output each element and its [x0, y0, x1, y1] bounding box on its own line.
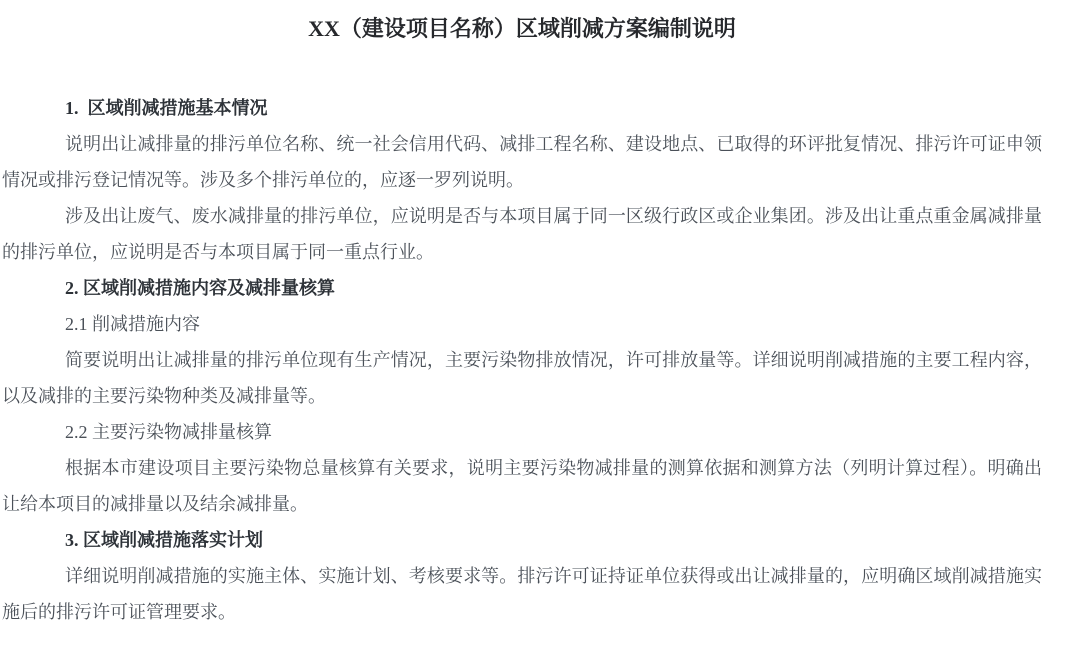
- section-1-heading: 1. 区域削减措施基本情况: [2, 90, 1042, 126]
- section-3-paragraph: 详细说明削减措施的实施主体、实施计划、考核要求等。排污许可证持证单位获得或出让减…: [2, 558, 1042, 630]
- document-title: XX（建设项目名称）区域削减方案编制说明: [2, 13, 1042, 45]
- section-2-1-paragraph: 简要说明出让减排量的排污单位现有生产情况，主要污染物排放情况，许可排放量等。详细…: [2, 342, 1042, 414]
- section-2-2-paragraph: 根据本市建设项目主要污染物总量核算有关要求，说明主要污染物减排量的测算依据和测算…: [2, 450, 1042, 522]
- document-page: XX（建设项目名称）区域削减方案编制说明 1. 区域削减措施基本情况 说明出让减…: [0, 0, 1076, 656]
- section-2-2-subheading: 2.2 主要污染物减排量核算: [2, 414, 1042, 450]
- section-1-paragraph-2: 涉及出让废气、废水减排量的排污单位，应说明是否与本项目属于同一区级行政区或企业集…: [2, 198, 1042, 270]
- section-2-1-subheading: 2.1 削减措施内容: [2, 306, 1042, 342]
- document-body: 1. 区域削减措施基本情况 说明出让减排量的排污单位名称、统一社会信用代码、减排…: [2, 90, 1042, 630]
- section-3-heading: 3. 区域削减措施落实计划: [2, 522, 1042, 558]
- section-2-heading: 2. 区域削减措施内容及减排量核算: [2, 270, 1042, 306]
- section-1-paragraph-1: 说明出让减排量的排污单位名称、统一社会信用代码、减排工程名称、建设地点、已取得的…: [2, 126, 1042, 198]
